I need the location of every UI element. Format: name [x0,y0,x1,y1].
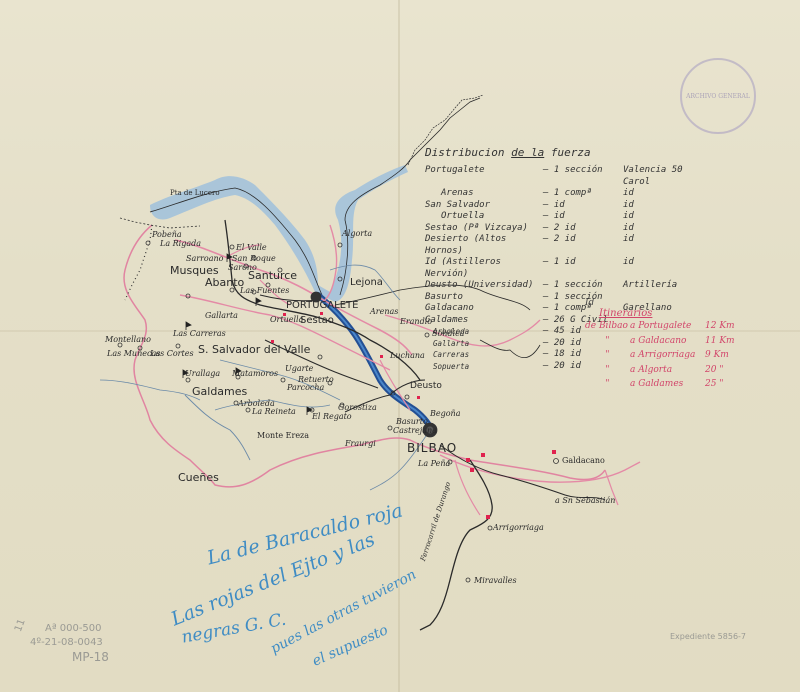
label-ortuella: Ortuella [270,316,303,324]
label-las-cortes: Las Cortes [150,350,194,358]
legend-title: Distribucion de la fuerza [425,146,693,159]
label-san-sebastian: a Sn Sebastián [555,497,615,505]
label-pobena: Pobeña [152,231,182,239]
label-la-rigada: La Rigada [160,240,201,248]
itinerary-table: Id Itinerarios de Bilbaoa Portugalete12 … [585,298,735,392]
label-luchana: Luchana [390,352,425,360]
label-san-salvador: S. Salvador del Valle [198,344,310,355]
railway-durango [440,445,605,500]
label-deusto: Deusto [410,382,442,391]
map-sheet: ARCHIVO GENERAL Pta de Lucero Pobeña La … [0,0,800,692]
dotted-boundary [125,225,152,300]
legend-row: Arenas— 1 compªid [425,188,693,200]
label-la-pena: La Peña [418,460,450,468]
label-urallaga: Urallaga [185,370,220,378]
label-abanto: Abanto [205,277,244,288]
stream-2 [100,380,200,400]
legend-row: Deusto (Universidad)— 1 secciónArtillerí… [425,280,693,292]
archive-stamp: ARCHIVO GENERAL [680,58,756,134]
itinerary-row: "a Galdacano11 Km [585,334,735,349]
label-monte-ereza: Monte Ereza [257,432,309,440]
archive-code: MP-18 [72,650,109,664]
label-begona: Begoña [430,410,460,418]
archive-code: 4º-21-08-0043 [30,637,103,648]
itinerary-title: Itinerarios [599,308,735,319]
itinerary-row: "a Galdames25 " [585,377,735,392]
archive-code: Aª 000-500 [45,623,102,634]
label-arrigorriaga: Arrigorriaga [493,524,544,532]
label-miravalles: Miravalles [474,577,517,585]
legend-row: Portugalete— 1 secciónValencia 50 Carol [425,165,693,188]
label-galdames: Galdames [192,386,247,397]
label-arenas: Arenas [370,308,398,316]
label-el-valle: El Valle [236,244,267,252]
label-algorta: Algorta [342,230,372,238]
label-san-roque: San Roque [232,255,276,263]
legend-row: Ortuella— idid [425,211,693,223]
itinerary-row: "a Arrigorriaga9 Km [585,348,735,363]
label-punta-lucero: Pta de Lucero [170,190,220,197]
itinerary-row: de Bilbaoa Portugalete12 Km [585,319,735,334]
label-santurce: Santurce [248,270,297,281]
label-bilbao: BILBAO [407,442,457,454]
label-matamoros: Matamoros [232,370,278,378]
label-musques: Musques [170,265,219,276]
legend-row: San Salvador— idid [425,200,693,212]
label-el-regato: El Regato [312,413,352,421]
legend-row: Id (Astilleros Nervión)— 1 idid [425,257,693,280]
label-sarroano: Sarroano [186,255,223,263]
label-parcocha: Parcocha [287,384,324,392]
itinerary-row: "a Algorta20 " [585,363,735,378]
itinerary-header: Id [585,298,735,308]
label-fraurgi: Fraurgi [345,440,376,448]
label-basurto: Basurto [396,418,428,426]
label-cuenes: Cueñes [178,472,219,483]
archive-expediente: Expediente 5856-7 [670,632,746,641]
red-road-6 [455,460,480,515]
label-la-reineta: La Reineta [252,408,296,416]
label-gallarta: Gallarta [205,312,238,320]
label-portugalete: PORTUGALETE [286,301,358,311]
label-montellano: Montellano [105,336,151,344]
label-lejona: Lejona [350,278,383,288]
legend-row: Sestao (Pª Vizcaya)— 2 idid [425,223,693,235]
label-ugarte: Ugarte [285,365,313,373]
label-sestao: Sestao [300,316,334,326]
label-galdacano: Galdacano [562,457,605,465]
label-gorostiza: Gorostiza [338,404,377,412]
label-castrejana: Castrejana [393,427,437,435]
label-las-fuentes: Las Fuentes [240,287,289,295]
label-las-carreras: Las Carreras [173,330,226,338]
legend-row: Desierto (Altos Hornos)— 2 idid [425,234,693,257]
